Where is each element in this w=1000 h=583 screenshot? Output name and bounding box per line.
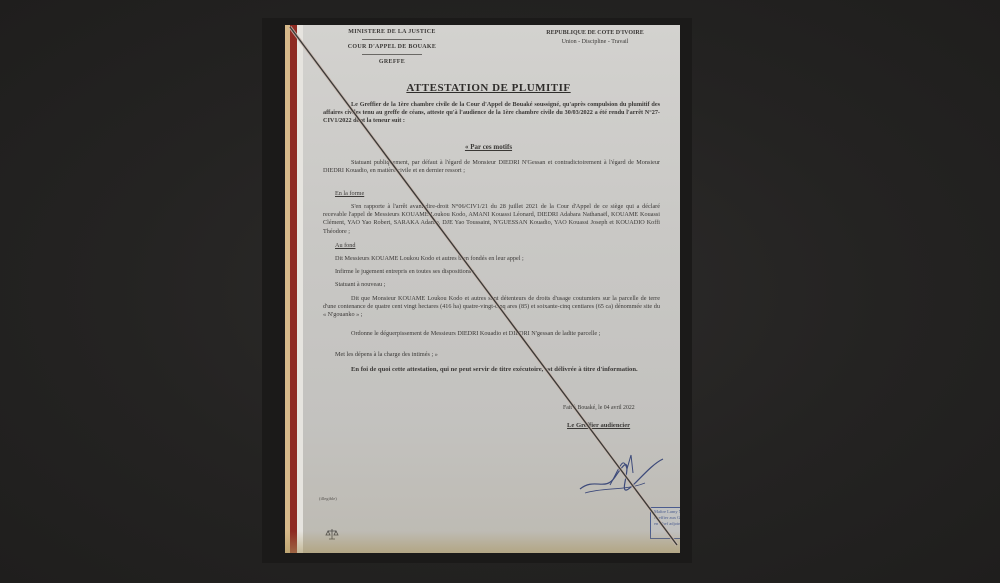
motifs-heading-text: « Par ces motifs <box>465 143 512 151</box>
flag-stripe-white <box>297 25 303 553</box>
national-motto: Union - Discipline - Travail <box>515 38 675 47</box>
footer-reference: (illegible) <box>319 495 337 503</box>
statuant-paragraph: Statuant publiquement, par défaut à l'ég… <box>323 159 660 175</box>
fond-item: Ordonne le déguerpissement de Messieurs … <box>323 330 660 338</box>
court-name: COUR D'APPEL DE BOUAKE <box>317 42 467 52</box>
header-left: MINISTERE DE LA JUSTICE COUR D'APPEL DE … <box>317 27 467 67</box>
document-page: MINISTERE DE LA JUSTICE COUR D'APPEL DE … <box>285 25 680 553</box>
fond-item: Dit que Monsieur KOUAME Loukou Kodo et a… <box>323 295 660 320</box>
motifs-heading: « Par ces motifs <box>305 143 672 151</box>
paper-edge-tint <box>285 531 680 553</box>
stamp-line: en Chef adjoint <box>654 521 680 527</box>
intro-paragraph: Le Greffier de la 1ère chambre civile de… <box>323 101 660 126</box>
forme-heading: En la forme <box>335 190 364 198</box>
divider <box>362 39 422 40</box>
closing-statement: En foi de quoi cette attestation, qui ne… <box>323 366 660 374</box>
fond-item: Infirme le jugement entrepris en toutes … <box>335 268 660 276</box>
forme-paragraph: S'en rapporte à l'arrêt avant-dire-droit… <box>323 203 660 236</box>
fond-item: Dit Messieurs KOUAME Loukou Kodo et autr… <box>335 255 660 263</box>
flag-stripe-red <box>290 25 297 553</box>
date-line: Fait à Bouaké, le 04 avril 2022 <box>563 404 635 412</box>
ministry-name: MINISTERE DE LA JUSTICE <box>317 27 467 37</box>
office-name: GREFFE <box>317 57 467 67</box>
divider <box>362 54 422 55</box>
fond-heading: Au fond <box>335 242 355 250</box>
fond-item: Met les dépens à la charge des intimés ;… <box>335 351 660 359</box>
signatory-title: Le Greffier audiencier <box>567 422 630 430</box>
document-title: ATTESTATION DE PLUMITIF <box>305 82 672 94</box>
document-content: MINISTERE DE LA JUSTICE COUR D'APPEL DE … <box>305 25 672 553</box>
signature-icon <box>575 447 665 497</box>
fond-item: Statuant à nouveau ; <box>335 281 660 289</box>
country-name: REPUBLIQUE DE COTE D'IVOIRE <box>515 29 675 38</box>
header-right: REPUBLIQUE DE COTE D'IVOIRE Union - Disc… <box>515 29 675 47</box>
